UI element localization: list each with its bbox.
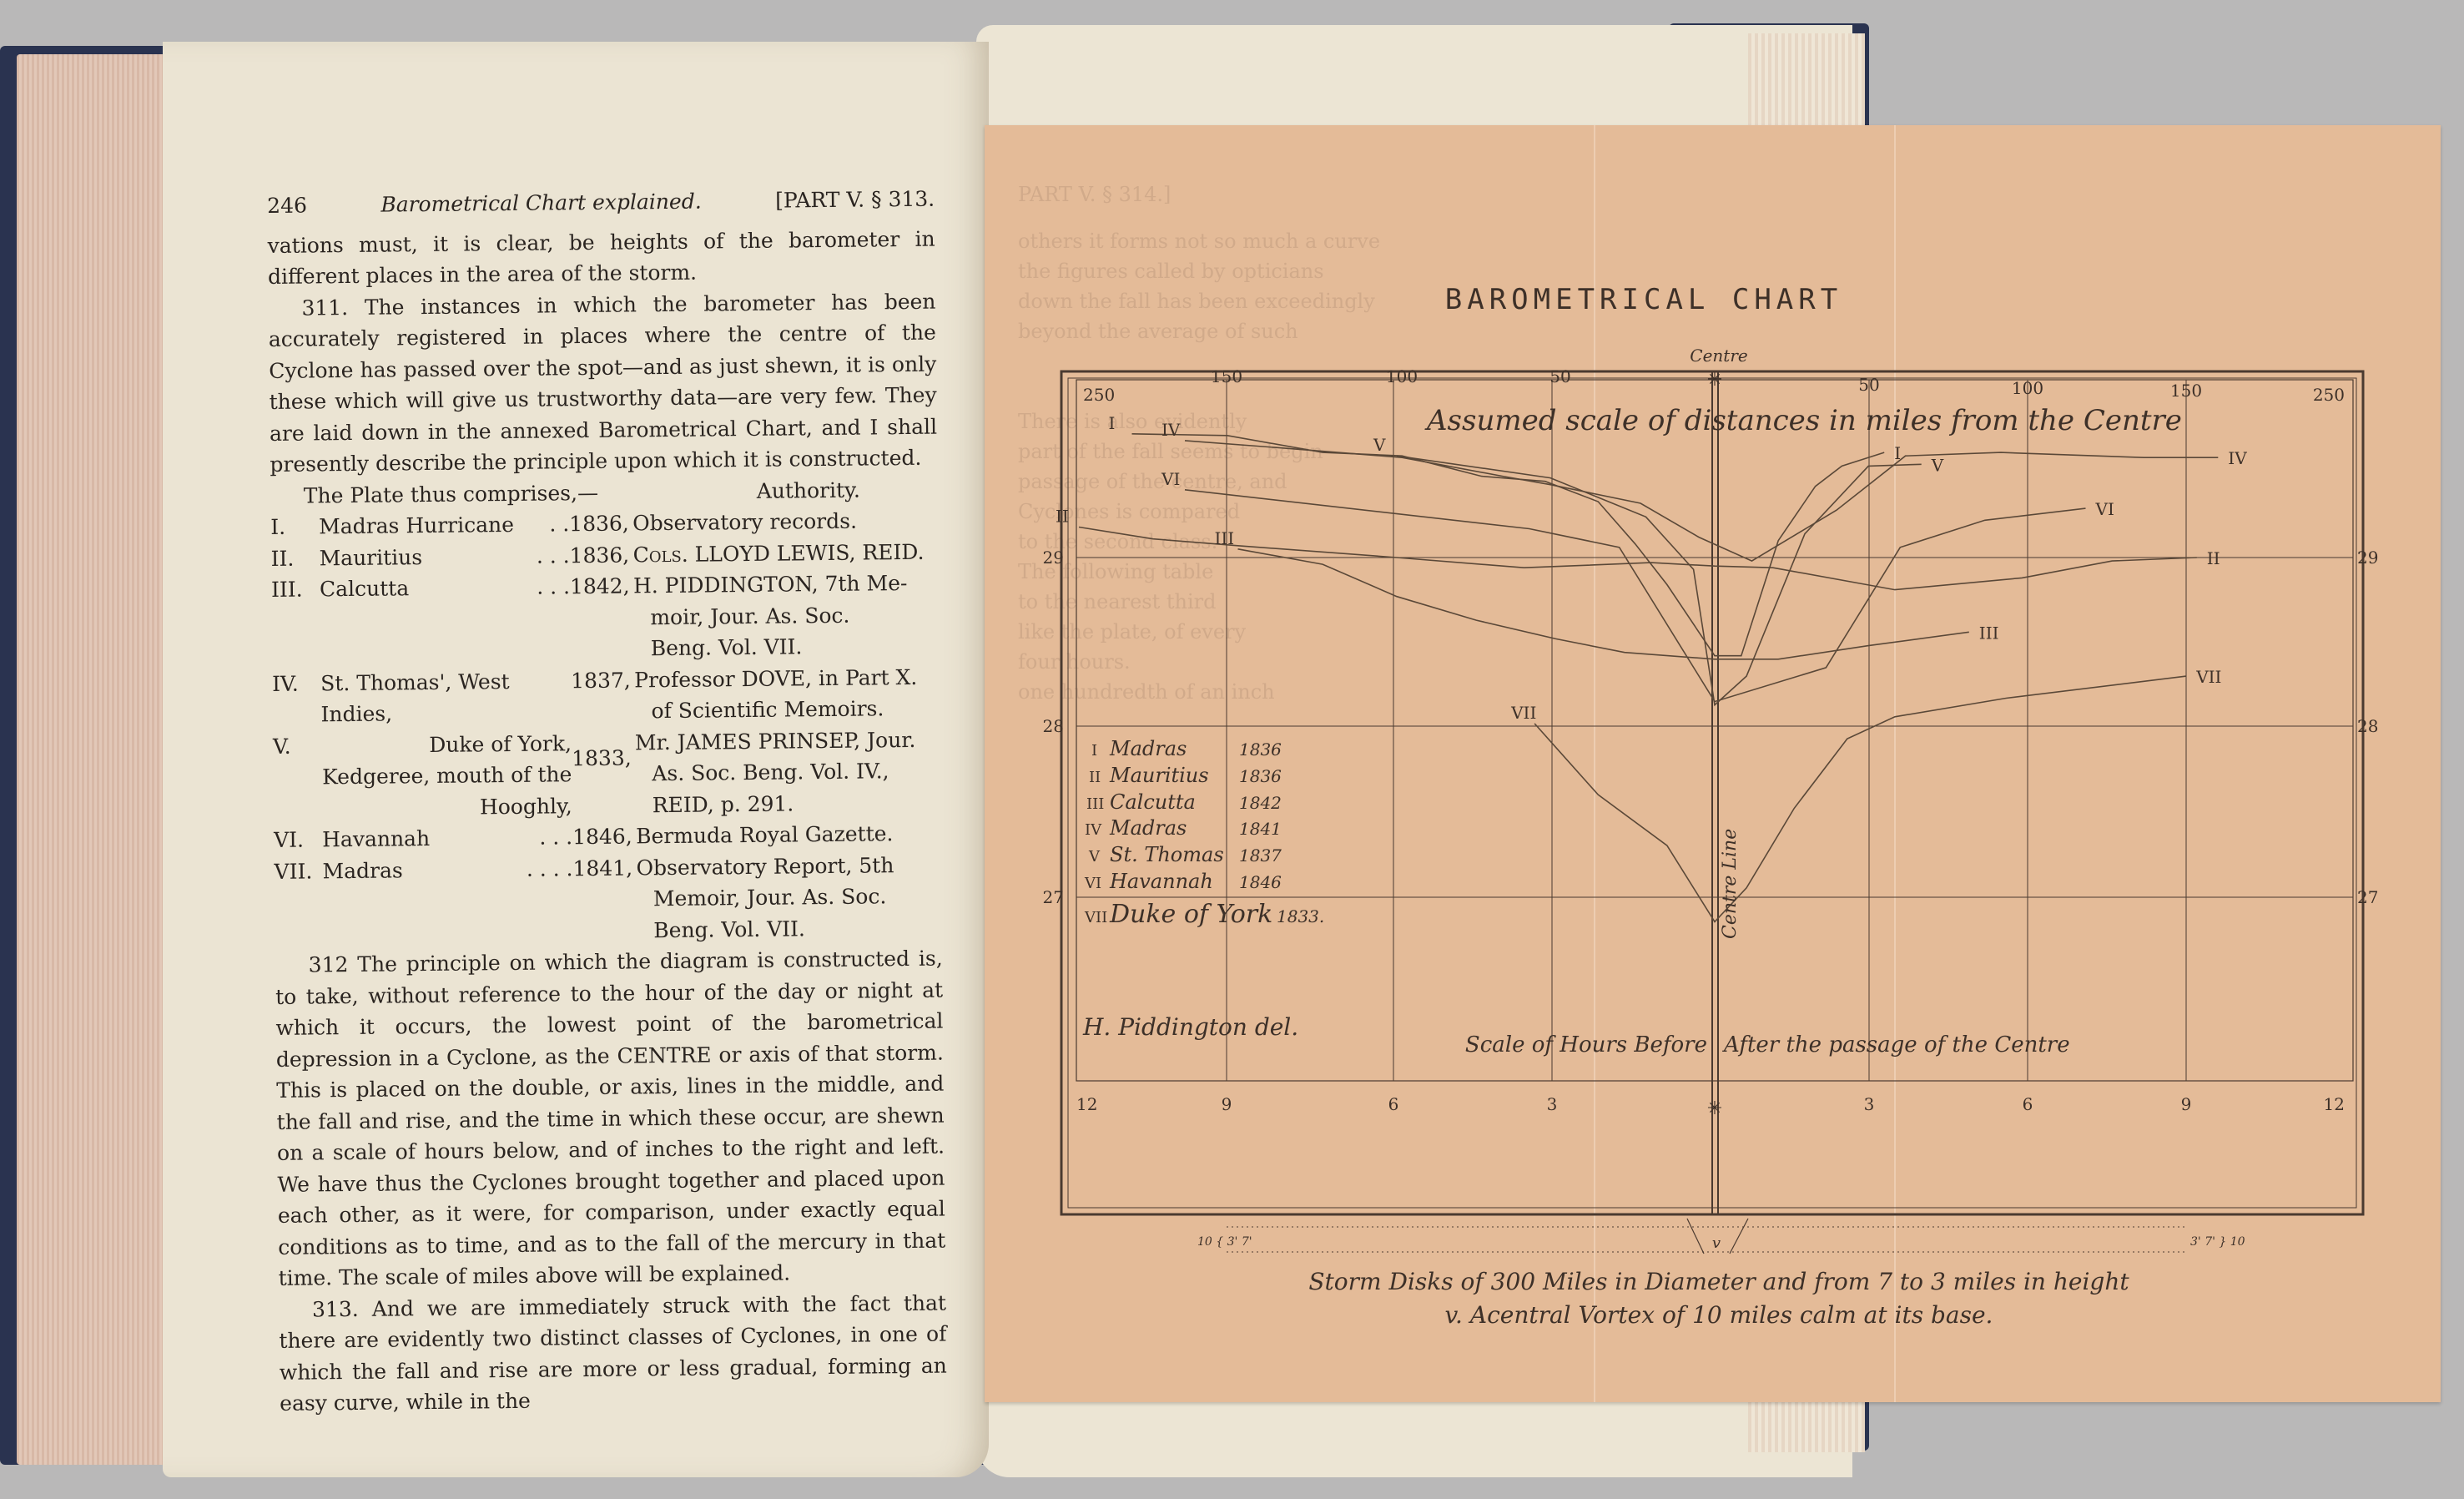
- plate-item-num: VI.: [274, 824, 322, 855]
- legend-num: IV: [1085, 821, 1102, 839]
- plot-area: [1076, 380, 2353, 1081]
- storm-disk-lines: [1227, 1227, 2186, 1252]
- series-labels: IIIIIIIIIIIIIVIVVVVIVIVIIVII: [1056, 413, 2247, 723]
- legend-name: Mauritius: [1109, 764, 1209, 787]
- legend-year: 1837: [1239, 845, 1282, 866]
- hours-before-label: Scale of Hours Before: [1465, 1032, 1707, 1057]
- disk-left-annotation: 10 { 3' 7': [1197, 1235, 1252, 1249]
- credit-label: H. Piddington del.: [1082, 1013, 1298, 1041]
- hour-tick: 9: [2181, 1094, 2192, 1114]
- legend-name: Calcutta: [1110, 790, 1196, 814]
- plate-item-place: Madras. . . .: [322, 853, 572, 887]
- page-number: 246: [267, 190, 307, 222]
- series-label: VI: [1161, 469, 1180, 489]
- running-head: 246 Barometrical Chart explained. [PART …: [267, 184, 935, 222]
- y-tick-left: 29: [1043, 548, 1064, 568]
- legend-num: I: [1091, 742, 1097, 760]
- series-line-II: [1079, 527, 2197, 590]
- legend-year: 1836: [1239, 739, 1282, 760]
- plate-item-year: 1837,: [571, 664, 627, 696]
- plate-item-5: V. Duke of York, Kedgeree, mouth of the …: [273, 724, 941, 825]
- hours-after-label: After the passage of the Centre: [1722, 1032, 2070, 1057]
- chart-legend: I Madras 1836 II Mauritius 1836 III Calc…: [1084, 737, 1324, 929]
- plate-item-place: Mauritius. . .: [319, 540, 569, 574]
- authority-line: Beng. Vol. VII.: [634, 630, 940, 664]
- plate-item-authority: H. PIDDINGTON, 7th Me- moir, Jour. As. S…: [627, 568, 940, 664]
- paragraph-311: 311. The instances in which the baromete…: [268, 285, 937, 480]
- authority-line: Cols. LLOYD LEWIS, REID.: [632, 536, 938, 570]
- hour-tick: 12: [2324, 1094, 2345, 1114]
- plate-item-3: III. Calcutta. . . 1842, H. PIDDINGTON, …: [271, 568, 940, 669]
- centre-label: Centre: [1690, 346, 1747, 366]
- vortex-mark: v: [1712, 1234, 1721, 1252]
- hour-tick: 6: [1388, 1094, 1399, 1114]
- series-label: IV: [2228, 448, 2247, 468]
- plate-item-7: VII. Madras. . . . 1841, Observatory Rep…: [274, 849, 942, 950]
- plate-item-num: I.: [270, 511, 319, 543]
- series-label: II: [1056, 507, 1069, 527]
- plate-item-year: 1836,: [569, 508, 626, 540]
- top-tick: 100: [1386, 366, 1418, 386]
- legend-num: VI: [1084, 875, 1101, 892]
- centre-line-label: Centre Line: [1720, 829, 1741, 939]
- top-tick: 150: [1211, 366, 1242, 386]
- legend-num: III: [1086, 795, 1104, 813]
- hour-tick: 3: [1864, 1094, 1875, 1114]
- leader-dots: . .: [549, 508, 569, 540]
- left-page-edge: [17, 54, 171, 1465]
- authority-line: Observatory Report, 5th: [636, 849, 941, 883]
- plate-item-year: 1833,: [572, 727, 629, 774]
- top-tick: 250: [1083, 385, 1115, 405]
- series-line-IV: [1185, 441, 2218, 561]
- top-tick: 50: [1858, 375, 1879, 395]
- plate-item-place: Duke of York, Kedgeree, mouth of the Hoo…: [321, 728, 572, 825]
- legend-year: 1846: [1239, 872, 1282, 892]
- series-label: VII: [1510, 703, 1536, 723]
- legend-name: St. Thomas: [1110, 843, 1224, 866]
- series-label: IV: [1161, 420, 1181, 440]
- place-name: Duke of York, Kedgeree, mouth of the Hoo…: [321, 728, 572, 825]
- leader-dots: . . . .: [527, 853, 573, 885]
- legend-num: V: [1088, 848, 1101, 866]
- place-name: Calcutta: [320, 573, 410, 605]
- hour-tick: 3: [1547, 1094, 1558, 1114]
- y-tick-right: 27: [2357, 887, 2378, 907]
- hour-tick: 6: [2023, 1094, 2033, 1114]
- series-label: III: [1215, 528, 1235, 548]
- plate-item-4: IV. St. Thomas', West Indies, 1837, Prof…: [272, 661, 940, 730]
- centre-star-icon: ✳: [1707, 1098, 1722, 1119]
- plate-item-place: St. Thomas', West Indies,: [320, 665, 572, 730]
- series-label: I: [1894, 443, 1901, 463]
- authority-line: Memoir, Jour. As. Soc.: [637, 881, 942, 915]
- y-tick-left: 28: [1043, 716, 1064, 736]
- legend-year: 1841: [1239, 819, 1282, 839]
- caption-line-1: Storm Disks of 300 Miles in Diameter and…: [1308, 1268, 2129, 1295]
- disk-right-annotation: 3' 7' } 10: [2190, 1235, 2245, 1249]
- top-tick: 50: [1549, 366, 1570, 386]
- paragraph-312: 312 The principle on which the diagram i…: [275, 943, 946, 1295]
- y-tick-left: 27: [1043, 887, 1064, 907]
- running-head-section: [PART V. § 313.: [775, 184, 935, 216]
- legend-num: VII: [1084, 909, 1107, 926]
- legend-name: Duke of York: [1109, 900, 1272, 929]
- leader-dots: . . .: [537, 571, 570, 603]
- series-line-VI: [1185, 490, 2086, 702]
- top-tick: 100: [2012, 378, 2043, 398]
- series-label: III: [1979, 623, 1999, 643]
- leader-dots: . . .: [537, 540, 570, 572]
- series-label: V: [1931, 455, 1944, 475]
- series-label: VII: [2195, 667, 2221, 687]
- paragraph-continuation: vations must, it is clear, be heights of…: [267, 223, 935, 292]
- legend-year: 1842: [1239, 793, 1282, 813]
- caption-line-2: v. Acentral Vortex of 10 miles calm at i…: [1445, 1301, 1993, 1329]
- authority-line: Beng. Vol. VII.: [637, 911, 942, 946]
- place-name: Madras: [322, 855, 403, 887]
- paragraph-313: 313. And we are immediately struck with …: [279, 1287, 948, 1419]
- plate-item-num: V.: [273, 730, 321, 762]
- y-tick-right: 28: [2357, 716, 2378, 736]
- authority-line: of Scientific Memoirs.: [634, 693, 940, 727]
- series-label: V: [1373, 435, 1386, 455]
- plate-item-authority: Bermuda Royal Gazette.: [629, 818, 941, 852]
- top-tick: 150: [2170, 381, 2202, 401]
- legend-year: 1836: [1239, 766, 1282, 786]
- plate-item-num: III.: [271, 573, 320, 605]
- left-page-text: 246 Barometrical Chart explained. [PART …: [267, 184, 947, 1420]
- place-name: Mauritius: [319, 542, 422, 574]
- plate-intro: The Plate thus comprises,—: [304, 477, 599, 511]
- plate-item-year: 1841,: [572, 852, 629, 884]
- legend-name: Havannah: [1109, 870, 1213, 893]
- plate-item-authority: Professor DOVE, in Part X. of Scientific…: [627, 661, 940, 727]
- authority-line: moir, Jour. As. Soc.: [633, 598, 939, 633]
- hour-tick: 9: [1222, 1094, 1232, 1114]
- plate-item-place: Calcutta. . .: [320, 571, 570, 605]
- plate-item-authority: Observatory records.: [626, 505, 938, 539]
- series-label: I: [1109, 413, 1116, 433]
- authority-line: Mr. JAMES PRINSEP, Jour.: [635, 724, 940, 758]
- plate-item-num: II.: [270, 543, 319, 574]
- place-name: St. Thomas', West Indies,: [320, 665, 572, 730]
- hour-tick: 12: [1076, 1094, 1097, 1114]
- authority-line: REID, p. 291.: [636, 786, 941, 820]
- authority-line: Bermuda Royal Gazette.: [636, 818, 941, 852]
- authority-line: Observatory records.: [632, 505, 938, 539]
- leader-dots: . . .: [539, 821, 572, 853]
- place-name: Madras Hurricane: [319, 509, 514, 543]
- plate-item-authority: Cols. LLOYD LEWIS, REID.: [626, 536, 938, 570]
- place-name: Havannah: [322, 823, 430, 855]
- authority-header: Authority.: [679, 473, 938, 507]
- plate-item-year: 1836,: [569, 539, 626, 571]
- y-tick-right: 29: [2357, 548, 2378, 568]
- series-label: II: [2207, 548, 2220, 568]
- chart-title: BAROMETRICAL CHART: [1445, 283, 1842, 316]
- legend-name: Madras: [1109, 737, 1187, 760]
- plate-item-year: 1842,: [570, 571, 627, 603]
- plate-item-year: 1846,: [572, 820, 629, 852]
- legend-name: Madras: [1109, 816, 1187, 840]
- plate-item-num: VII.: [274, 855, 322, 887]
- authority-line: Professor DOVE, in Part X.: [634, 661, 940, 695]
- plate-item-authority: Observatory Report, 5th Memoir, Jour. As…: [629, 849, 942, 946]
- series-line-VII: [1534, 676, 2186, 921]
- authority-line: H. PIDDINGTON, 7th Me-: [633, 568, 939, 602]
- plate-item-place: Madras Hurricane. .: [319, 508, 569, 543]
- plate-item-place: Havannah. . .: [322, 821, 572, 855]
- plate-list: The Plate thus comprises,— Authority. I.…: [270, 473, 943, 950]
- barometrical-chart: BAROMETRICAL CHART Centre ✳ 250 150 100 …: [985, 125, 2441, 1402]
- series-line-III: [1238, 549, 1969, 659]
- distance-scale-label: Assumed scale of distances in miles from…: [1424, 404, 2182, 437]
- centre-star-icon: ✳: [1707, 370, 1722, 391]
- plate-item-authority: Mr. JAMES PRINSEP, Jour. As. Soc. Beng. …: [628, 724, 941, 820]
- series-line-I: [1132, 434, 1885, 656]
- top-tick: 250: [2313, 385, 2345, 405]
- authority-line: As. Soc. Beng. Vol. IV.,: [635, 755, 940, 790]
- plate-item-num: IV.: [272, 668, 320, 699]
- running-head-title: Barometrical Chart explained.: [380, 186, 702, 221]
- series-label: VI: [2095, 499, 2114, 519]
- legend-num: II: [1089, 769, 1101, 786]
- legend-year: 1833.: [1277, 906, 1324, 926]
- hour-gridlines: [1227, 380, 2186, 1081]
